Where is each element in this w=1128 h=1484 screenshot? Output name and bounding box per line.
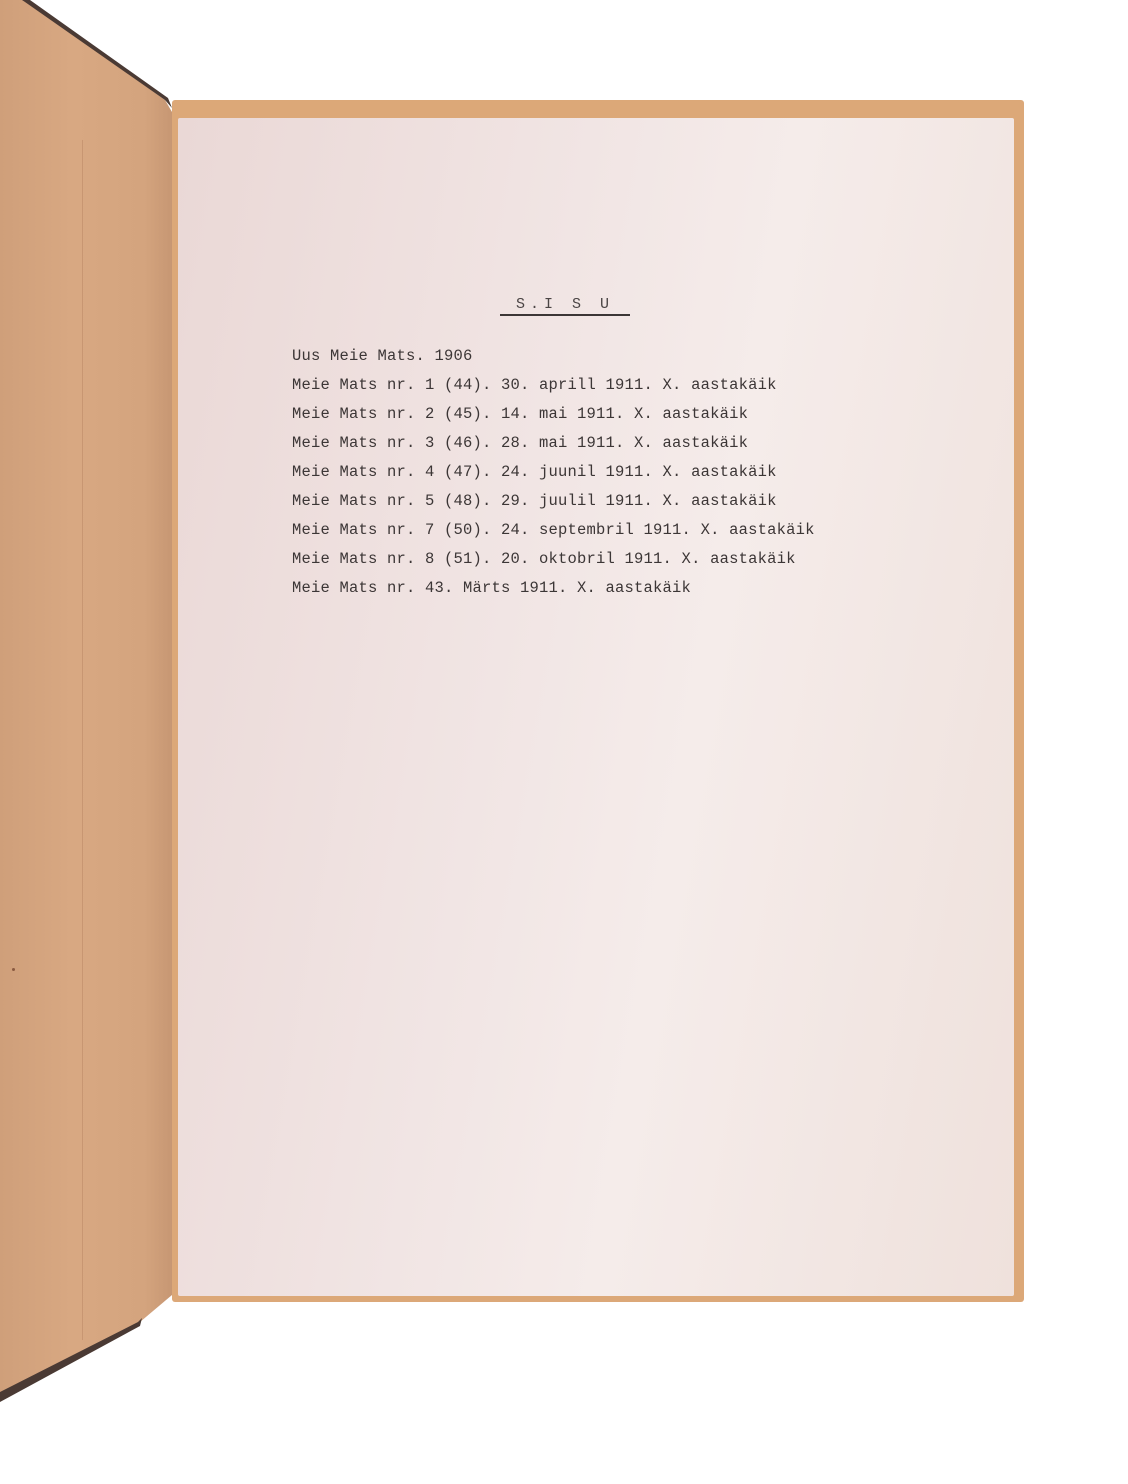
page-title: S.I S U: [500, 296, 630, 316]
list-item: Uus Meie Mats. 1906: [292, 342, 862, 371]
list-item: Meie Mats nr. 2 (45). 14. mai 1911. X. a…: [292, 400, 862, 429]
list-item: Meie Mats nr. 43. Märts 1911. X. aastakä…: [292, 574, 862, 603]
list-item: Meie Mats nr. 4 (47). 24. juunil 1911. X…: [292, 458, 862, 487]
list-item: Meie Mats nr. 7 (50). 24. septembril 191…: [292, 516, 862, 545]
book-cover-left: [0, 0, 180, 1484]
cover-crease: [82, 140, 83, 1340]
list-item: Meie Mats nr. 1 (44). 30. aprill 1911. X…: [292, 371, 862, 400]
list-item: Meie Mats nr. 3 (46). 28. mai 1911. X. a…: [292, 429, 862, 458]
cover-speck: [12, 968, 15, 971]
list-item: Meie Mats nr. 5 (48). 29. juulil 1911. X…: [292, 487, 862, 516]
list-item: Meie Mats nr. 8 (51). 20. oktobril 1911.…: [292, 545, 862, 574]
document-page: [178, 118, 1014, 1296]
table-of-contents: S.I S U Uus Meie Mats. 1906 Meie Mats nr…: [292, 296, 862, 603]
contents-list: Uus Meie Mats. 1906 Meie Mats nr. 1 (44)…: [292, 342, 862, 603]
